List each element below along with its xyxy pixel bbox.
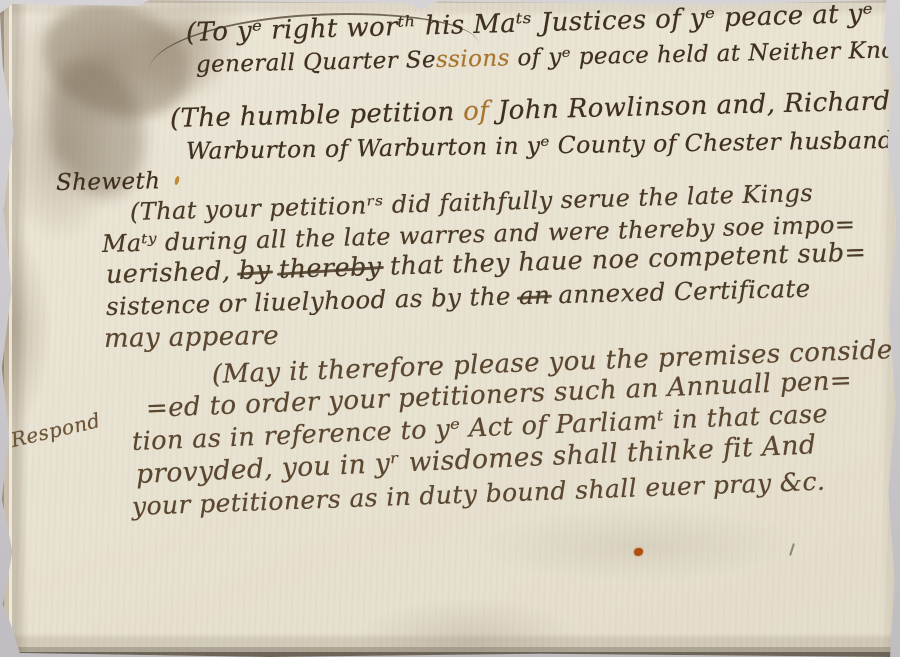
- word-run: generall Quarter Se: [196, 47, 436, 78]
- manuscript-line-title-3: Warburton of Warburton in yᵉ County of C…: [186, 125, 900, 165]
- word-run: of yᵉ peace held at Neither Knotsford: [509, 36, 900, 72]
- manuscript-photo: (To yᵉ right worᵗʰ his Maᵗˢ Justices of …: [0, 0, 900, 657]
- word-run: (The humble petition: [170, 97, 464, 134]
- foxing-spot: [634, 548, 643, 556]
- word-faded: of: [463, 96, 490, 127]
- margin-endorsement: Respond: [8, 408, 102, 452]
- manuscript-line-sheweth-4: Sheweth: [56, 168, 161, 196]
- manuscript-line-body-9: may appeare: [104, 321, 279, 354]
- word-strike: by: [238, 255, 270, 286]
- word-run: annexed Certificate: [550, 274, 811, 310]
- word-run: John Rowlinson and, Richard: [489, 86, 891, 126]
- word-run: Sheweth: [56, 168, 161, 196]
- word-run: uerished,: [106, 256, 240, 290]
- word-faded: ssions: [436, 45, 510, 73]
- word-strike: an: [519, 280, 551, 310]
- ink-fleck: [174, 176, 180, 186]
- stray-mark: [789, 543, 795, 556]
- word-run: may appeare: [104, 321, 279, 354]
- word-strike: thereby: [279, 252, 382, 285]
- word-run: Warburton of Warburton in yᵉ County of C…: [186, 125, 900, 165]
- manuscript-paper: (To yᵉ right worᵗʰ his Maᵗˢ Justices of …: [0, 0, 900, 657]
